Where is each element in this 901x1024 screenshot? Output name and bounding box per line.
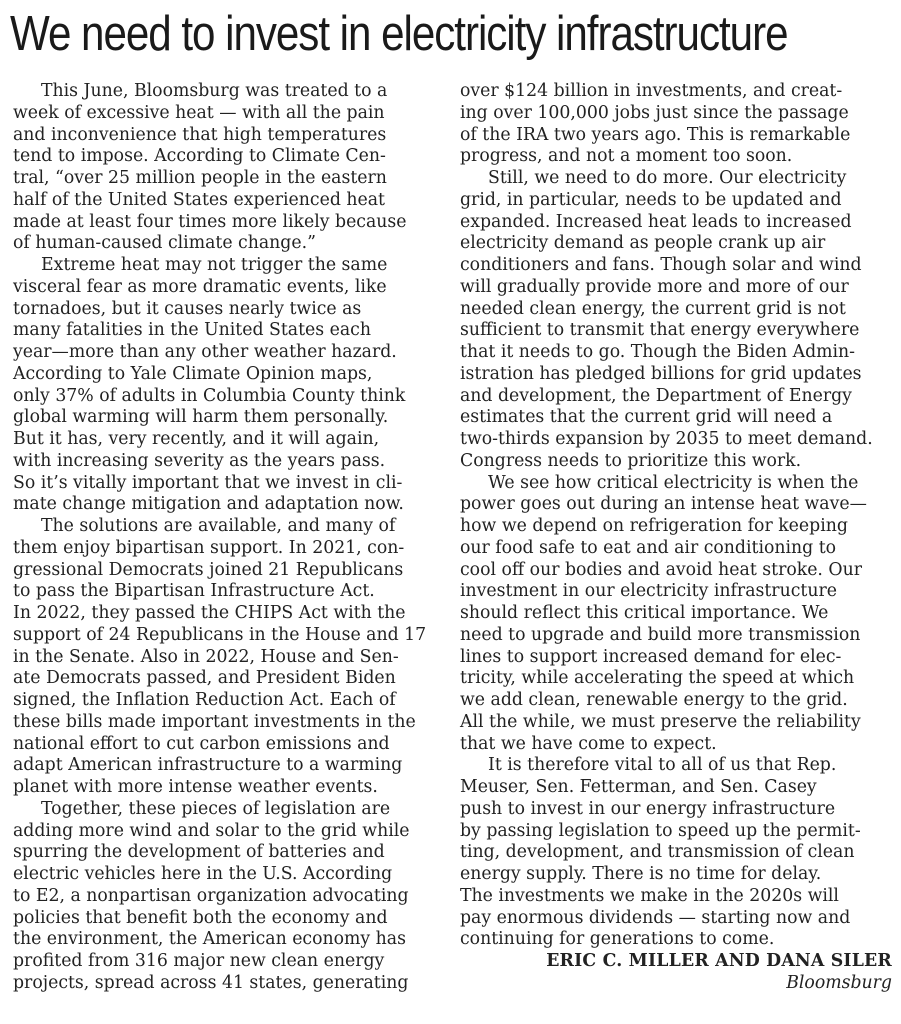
text-line: national effort to cut carbon emissions … bbox=[13, 734, 445, 756]
text-line: the environment, the American economy ha… bbox=[13, 929, 445, 951]
text-line: lines to support increased demand for el… bbox=[460, 647, 892, 669]
text-line: many fatalities in the United States eac… bbox=[13, 320, 445, 342]
text-line: ate Democrats passed, and President Bide… bbox=[13, 668, 445, 690]
text-line: power goes out during an intense heat wa… bbox=[460, 494, 892, 516]
text-line: But it has, very recently, and it will a… bbox=[13, 429, 445, 451]
right-column: over $124 billion in investments, and cr… bbox=[460, 81, 892, 995]
text-line: expanded. Increased heat leads to increa… bbox=[460, 212, 892, 234]
text-line: these bills made important investments i… bbox=[13, 712, 445, 734]
text-line: ing over 100,000 jobs just since the pas… bbox=[460, 103, 892, 125]
text-line: istration has pledged billions for grid … bbox=[460, 364, 892, 386]
text-line: should reflect this critical importance.… bbox=[460, 603, 892, 625]
text-line: global warming will harm them personally… bbox=[13, 407, 445, 429]
text-line: tricity, while accelerating the speed at… bbox=[460, 668, 892, 690]
text-line: half of the United States experienced he… bbox=[13, 190, 445, 212]
text-line: According to Yale Climate Opinion maps, bbox=[13, 364, 445, 386]
text-line: cool off our bodies and avoid heat strok… bbox=[460, 560, 892, 582]
text-line: signed, the Inflation Reduction Act. Eac… bbox=[13, 690, 445, 712]
text-line: and development, the Department of Energ… bbox=[460, 386, 892, 408]
text-line: of the IRA two years ago. This is remark… bbox=[460, 125, 892, 147]
text-line: tend to impose. According to Climate Cen… bbox=[13, 146, 445, 168]
paragraph-start-line: Extreme heat may not trigger the same bbox=[13, 255, 445, 277]
text-line: with increasing severity as the years pa… bbox=[13, 451, 445, 473]
text-line: gressional Democrats joined 21 Republica… bbox=[13, 560, 445, 582]
left-column: This June, Bloomsburg was treated to awe… bbox=[13, 81, 445, 995]
text-line: policies that benefit both the economy a… bbox=[13, 908, 445, 930]
text-line: over $124 billion in investments, and cr… bbox=[460, 81, 892, 103]
author-location: Bloomsburg bbox=[460, 973, 892, 995]
text-line: year—more than any other weather hazard. bbox=[13, 342, 445, 364]
text-line: planet with more intense weather events. bbox=[13, 777, 445, 799]
text-line: conditioners and fans. Though solar and … bbox=[460, 255, 892, 277]
text-line: made at least four times more likely bec… bbox=[13, 212, 445, 234]
text-line: estimates that the current grid will nee… bbox=[460, 407, 892, 429]
text-line: to E2, a nonpartisan organization advoca… bbox=[13, 886, 445, 908]
text-line: needed clean energy, the current grid is… bbox=[460, 299, 892, 321]
text-line: continuing for generations to come. bbox=[460, 929, 892, 951]
text-line: projects, spread across 41 states, gener… bbox=[13, 973, 445, 995]
text-line: and inconvenience that high temperatures bbox=[13, 125, 445, 147]
text-line: visceral fear as more dramatic events, l… bbox=[13, 277, 445, 299]
text-line: push to invest in our energy infrastruct… bbox=[460, 799, 892, 821]
text-line: grid, in particular, needs to be updated… bbox=[460, 190, 892, 212]
text-line: energy supply. There is no time for dela… bbox=[460, 864, 892, 886]
text-line: electric vehicles here in the U.S. Accor… bbox=[13, 864, 445, 886]
paragraph-start-line: Still, we need to do more. Our electrici… bbox=[460, 168, 892, 190]
text-line: tornadoes, but it causes nearly twice as bbox=[13, 299, 445, 321]
text-line: sufficient to transmit that energy every… bbox=[460, 320, 892, 342]
text-line: of human-caused climate change.” bbox=[13, 233, 445, 255]
text-line: ting, development, and transmission of c… bbox=[460, 842, 892, 864]
text-line: So it’s vitally important that we invest… bbox=[13, 473, 445, 495]
text-line: progress, and not a moment too soon. bbox=[460, 146, 892, 168]
text-line: only 37% of adults in Columbia County th… bbox=[13, 386, 445, 408]
text-line: them enjoy bipartisan support. In 2021, … bbox=[13, 538, 445, 560]
text-line: to pass the Bipartisan Infrastructure Ac… bbox=[13, 581, 445, 603]
text-line: how we depend on refrigeration for keepi… bbox=[460, 516, 892, 538]
text-line: Congress needs to prioritize this work. bbox=[460, 451, 892, 473]
text-line: Meuser, Sen. Fetterman, and Sen. Casey bbox=[460, 777, 892, 799]
author-signature: ERIC C. MILLER AND DANA SILER bbox=[460, 951, 892, 973]
text-line: electricity demand as people crank up ai… bbox=[460, 233, 892, 255]
paragraph-start-line: Together, these pieces of legislation ar… bbox=[13, 799, 445, 821]
text-line: that it needs to go. Though the Biden Ad… bbox=[460, 342, 892, 364]
text-line: spurring the development of batteries an… bbox=[13, 842, 445, 864]
text-line: will gradually provide more and more of … bbox=[460, 277, 892, 299]
paragraph-start-line: We see how critical electricity is when … bbox=[460, 473, 892, 495]
text-line: our food safe to eat and air conditionin… bbox=[460, 538, 892, 560]
text-line: adapt American infrastructure to a warmi… bbox=[13, 755, 445, 777]
text-line: In 2022, they passed the CHIPS Act with … bbox=[13, 603, 445, 625]
text-line: profited from 316 major new clean energy bbox=[13, 951, 445, 973]
text-line: tral, “over 25 million people in the eas… bbox=[13, 168, 445, 190]
text-line: adding more wind and solar to the grid w… bbox=[13, 821, 445, 843]
paragraph-start-line: This June, Bloomsburg was treated to a bbox=[13, 81, 445, 103]
text-line: by passing legislation to speed up the p… bbox=[460, 821, 892, 843]
text-line: that we have come to expect. bbox=[460, 734, 892, 756]
text-line: we add clean, renewable energy to the gr… bbox=[460, 690, 892, 712]
text-line: support of 24 Republicans in the House a… bbox=[13, 625, 445, 647]
text-line: need to upgrade and build more transmiss… bbox=[460, 625, 892, 647]
text-line: All the while, we must preserve the reli… bbox=[460, 712, 892, 734]
text-line: mate change mitigation and adaptation no… bbox=[13, 494, 445, 516]
text-line: investment in our electricity infrastruc… bbox=[460, 581, 892, 603]
headline: We need to invest in electricity infrast… bbox=[10, 4, 770, 64]
text-line: week of excessive heat — with all the pa… bbox=[13, 103, 445, 125]
paragraph-start-line: It is therefore vital to all of us that … bbox=[460, 755, 892, 777]
text-line: two-thirds expansion by 2035 to meet dem… bbox=[460, 429, 892, 451]
text-line: pay enormous dividends — starting now an… bbox=[460, 908, 892, 930]
text-line: in the Senate. Also in 2022, House and S… bbox=[13, 647, 445, 669]
text-line: The investments we make in the 2020s wil… bbox=[460, 886, 892, 908]
paragraph-start-line: The solutions are available, and many of bbox=[13, 516, 445, 538]
